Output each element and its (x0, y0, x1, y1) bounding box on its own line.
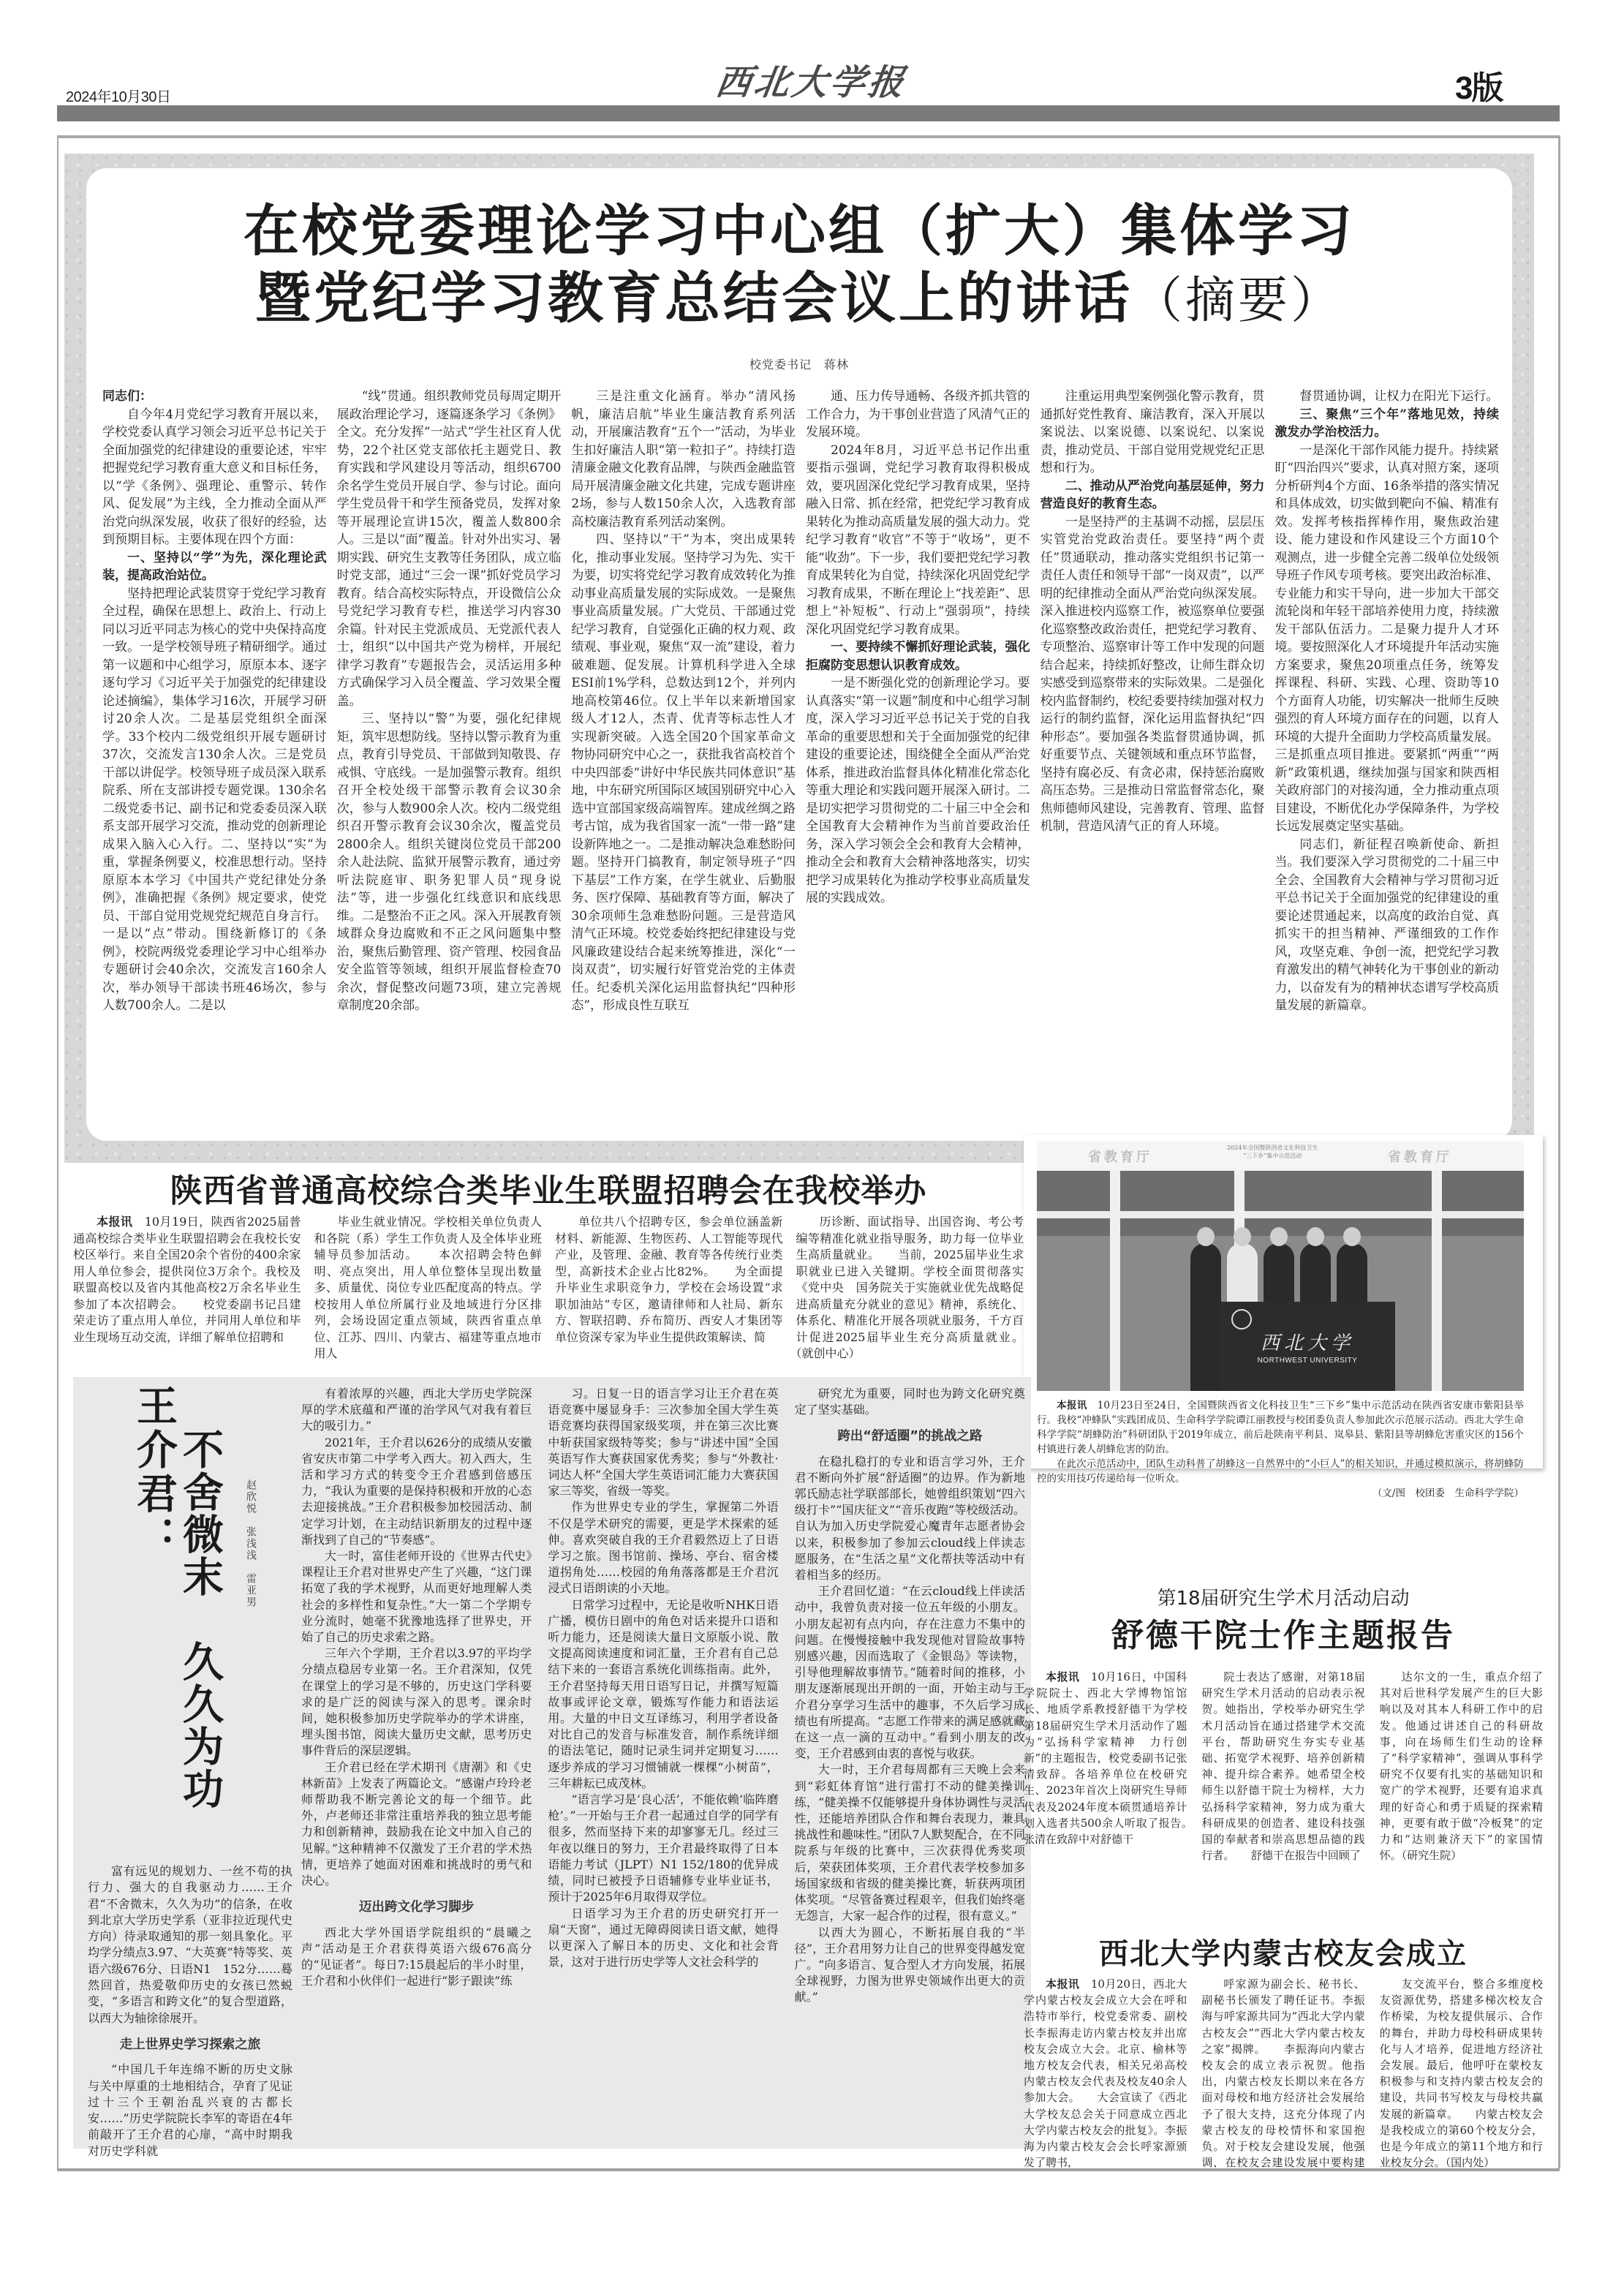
alumni-columns: 本报讯 10月20日，西北大学内蒙古校友会成立大会在呼和浩特市举行，校党委常委、… (1024, 1976, 1543, 2168)
sdg-column-3: 达尔文的一生，重点介绍了其对后世科学发展产生的巨大影响以及对其本人科研工作中的启… (1380, 1669, 1543, 1881)
feature-column-3: 研究尤为重要，同时也为跨文化研究奠定了坚实基础。 跨出“舒适圈”的挑战之路 在稳… (795, 1386, 1025, 2132)
paragraph: 一是坚持严的主基调不动摇，层层压实管党治党政治责任。要坚持“两个责任”贯通联动，… (1041, 513, 1265, 836)
feature-column-1: 有着浓厚的兴趣，西北大学历史学院深厚的学术底蕴和严谨的治学风气对我有着巨大的吸引… (301, 1386, 532, 2132)
frame-left-divider (57, 135, 58, 2168)
event-banner: 2024年全国暨陕西省文化科技卫生 “三下乡”集中示范活动 (1227, 1144, 1318, 1160)
photo-credit: （文/图 校团委 生命科学学院） (1037, 1486, 1524, 1501)
feature-headline-motto: 不舍微末 久久为功 (178, 1428, 222, 1810)
article-credit: （研究生院） (1402, 1849, 1462, 1862)
section-heading: 跨出“舒适圈”的挑战之路 (795, 1428, 1025, 1444)
sdg-columns: 本报讯 10月16日，中国科学院院士、西北大学博物馆馆长、地质学系教授舒德干为学… (1024, 1669, 1543, 1881)
recruit-column-4: 历诊断、面试指导、出国咨询、考公考编等精准化就业指导服务，助力每一位毕业生高质量… (796, 1214, 1024, 1382)
section-subhead: 二、推动从严治党向基层延伸，努力营造良好的教育生态。 (1041, 478, 1265, 513)
speech-column-4: 通、压力传导通畅、各级齐抓共管的工作合力，为干事创业营造了风清气正的发展环境。 … (806, 388, 1030, 1134)
paragraph: 一是深化干部作风能力提升。持续紧盯“四治四兴”要求，认真对照方案，逐项分析研判4… (1274, 442, 1499, 836)
paragraph: 三、坚持以“警”为要，强化纪律规矩，筑牢思想防线。坚持以警示教育为重点，教育引导… (337, 710, 562, 1015)
feature-intro: 富有远见的规划力、一丝不苟的执行力、强大的自我驱动力……王介君“不舍微末，久久为… (88, 1863, 292, 2160)
paragraph: 自今年4月党纪学习教育开展以来，学校党委认真学习领会习近平总书记关于全面加强党的… (102, 406, 327, 549)
frame-top-divider (57, 135, 1560, 138)
profile-feature: 王介君： 不舍微末 久久为功 赵欣悦 张浅浅 雷亚男 富有远见的规划力、一丝不苟… (73, 1377, 1031, 2149)
paragraph: 坚持把理论武装贯穿于党纪学习教育全过程，确保在思想上、政治上、行动上同以习近平同… (102, 585, 327, 1015)
headline-line-2: 暨党纪学习教育总结会议上的讲话（摘要） (86, 265, 1512, 335)
speech-column-1: 同志们： 自今年4月党纪学习教育开展以来，学校党委认真学习领会习近平总书记关于全… (102, 388, 327, 1134)
frame-right-divider (1558, 135, 1560, 2168)
headline-line-1: 在校党委理论学习中心组（扩大）集体学习 (86, 197, 1512, 265)
speech-column-3: 三是注重文化涵育。举办“清风扬帆，廉洁启航”毕业生廉洁教育系列活动，开展廉洁教育… (571, 388, 796, 1134)
speech-columns: 同志们： 自今年4月党纪学习教育开展以来，学校党委认真学习领会习近平总书记关于全… (102, 388, 1499, 1134)
paragraph: “线”贯通。组织教师党员每周定期开展政治理论学习，逐篇逐条学习《条例》全文。充分… (337, 388, 562, 710)
article-credit: （就创中心） (796, 1346, 861, 1360)
tent-pole (1432, 1170, 1442, 1391)
article-credit: （国内处） (1446, 2156, 1495, 2168)
university-seal-icon (1231, 1309, 1252, 1330)
recruit-column-2: 毕业生就业情况。学校相关单位负责人和各院（系）学生工作负责人及全体毕业班辅导员参… (314, 1214, 543, 1382)
speech-article: 在校党委理论学习中心组（扩大）集体学习 暨党纪学习教育总结会议上的讲话（摘要） … (86, 168, 1512, 1141)
event-photo: 省教育厅 2024年全国暨陕西省文化科技卫生 “三下乡”集中示范活动 省教育厅 … (1037, 1141, 1524, 1391)
paragraph: 三是注重文化涵育。举办“清风扬帆，廉洁启航”毕业生廉洁教育系列活动，开展廉洁教育… (571, 388, 796, 531)
speech-byline: 校党委书记 蒋林 (86, 355, 1512, 372)
alumni-column-1: 本报讯 10月20日，西北大学内蒙古校友会成立大会在呼和浩特市举行，校党委常委、… (1024, 1976, 1187, 2168)
lead-tag: 本报讯 (1057, 1400, 1087, 1411)
lead-tag: 本报讯 (1046, 1670, 1079, 1683)
masthead: 2024年10月30日 西北大学报 3版 (0, 0, 1624, 132)
recruit-column-3: 单位共八个招聘专区，参会单位涵盖新材料、新能源、生物医药、人工智能等现代产业，及… (555, 1214, 783, 1382)
section-subhead: 一、要持续不懈抓好理论武装，强化拒腐防变思想认识教育成效。 (806, 638, 1030, 674)
lead-tag: 本报讯 (97, 1215, 132, 1229)
closing-paragraph: 同志们，新征程召唤新使命、新担当。我们要深入学习贯彻党的二十届三中全会、全国教育… (1274, 836, 1499, 1015)
tent-sign-left: 省教育厅 (1088, 1147, 1152, 1166)
recruit-headline: 陕西省普通高校综合类毕业生联盟招聘会在我校举办 (73, 1164, 1024, 1211)
paragraph: 注重运用典型案例强化警示教育，贯通抓好党性教育、廉洁教育，深入开展以案说法、以案… (1041, 388, 1265, 478)
paragraph: 四、坚持以“干”为本，突出成果转化，推动事业发展。坚持学习为先、实干为要，切实将… (571, 531, 796, 1015)
speech-headline: 在校党委理论学习中心组（扩大）集体学习 暨党纪学习教育总结会议上的讲话（摘要） (86, 197, 1512, 335)
feature-authors: 赵欣悦 张浅浅 雷亚男 (243, 1479, 258, 1608)
alumni-headline: 西北大学内蒙古校友会成立 (1024, 1931, 1543, 1972)
page-number: 3版 (1455, 61, 1502, 108)
speech-column-2: “线”贯通。组织教师党员每周定期开展政治理论学习，逐篇逐条学习《条例》全文。充分… (337, 388, 562, 1134)
paragraph: 通、压力传导通畅、各级齐抓共管的工作合力，为干事创业营造了风清气正的发展环境。 (806, 388, 1030, 442)
salutation: 同志们： (102, 388, 327, 406)
section-subhead: 一、坚持以“学”为先，深化理论武装，提高政治站位。 (102, 549, 327, 585)
frame-bottom-divider (57, 2168, 1560, 2171)
newspaper-logo: 西北大学报 (713, 54, 910, 105)
paragraph: 督贯通协调，让权力在阳光下运行。 (1274, 388, 1499, 406)
section-subhead: 三、聚焦“三个年”落地见效，持续激发办学治校活力。 (1274, 406, 1499, 442)
paragraph: 2024年8月，习近平总书记作出重要指示强调，党纪学习教育取得积极成效，要巩固深… (806, 442, 1030, 639)
headline-abstract-suffix: （摘要） (1133, 272, 1343, 330)
section-heading: 迈出跨文化学习脚步 (301, 1899, 532, 1915)
speech-column-5: 注重运用典型案例强化警示教育，贯通抓好党性教育、廉洁教育，深入开展以案说法、以案… (1041, 388, 1265, 1134)
paragraph: 一是不断强化党的创新理论学习。要认真落实“第一议题”制度和中心组学习制度，深入学… (806, 674, 1030, 908)
tent-pole (1110, 1170, 1120, 1391)
tent-sign-right: 省教育厅 (1388, 1147, 1452, 1166)
alumni-column-3: 友交流平台，整合多维度校友资源优势，搭建多梯次校友合作桥梁，为校友提供展示、合作… (1380, 1976, 1543, 2168)
sdg-kicker: 第18届研究生学术月活动启动 (1024, 1583, 1543, 1610)
sdg-column-2: 院士表达了感谢，对第18届研究生学术月活动的启动表示祝贺。她指出，学校举办研究生… (1201, 1669, 1364, 1881)
feature-columns: 有着浓厚的兴趣，西北大学历史学院深厚的学术底蕴和严谨的治学风气对我有着巨大的吸引… (301, 1386, 1025, 2132)
recruit-column-1: 本报讯 10月19日，陕西省2025届普通高校综合类毕业生联盟招聘会在我校长安校… (73, 1214, 301, 1382)
sdg-headline: 舒德干院士作主题报告 (1024, 1609, 1543, 1656)
photo-caption: 本报讯 10月23日至24日，全国暨陕西省文化科技卫生“三下乡”集中示范活动在陕… (1037, 1398, 1524, 1501)
issue-date: 2024年10月30日 (66, 85, 170, 106)
alumni-column-2: 呼家源为副会长、秘书长、副秘书长颁发了聘任证书。李振海与呼家源共同为“西北大学内… (1201, 1976, 1364, 2168)
lead-tag: 本报讯 (1046, 1977, 1079, 1991)
speech-column-6: 督贯通协调，让权力在阳光下运行。 三、聚焦“三个年”落地见效，持续激发办学治校活… (1274, 388, 1499, 1134)
feature-column-2: 习。日复一日的语言学习让王介君在英语竞赛中屡显身手：三次参加全国大学生英语竞赛均… (548, 1386, 778, 2132)
section-heading: 走上世界史学习探索之旅 (88, 2037, 292, 2053)
recruit-columns: 本报讯 10月19日，陕西省2025届普通高校综合类毕业生联盟招聘会在我校长安校… (73, 1214, 1024, 1382)
university-flag: 西北大学 NORTHWEST UNIVERSITY (1220, 1302, 1395, 1391)
masthead-bar (57, 105, 1560, 121)
feature-headline-name: 王介君： (124, 1384, 183, 1560)
sdg-column-1: 本报讯 10月16日，中国科学院院士、西北大学博物馆馆长、地质学系教授舒德干为学… (1024, 1669, 1187, 1881)
